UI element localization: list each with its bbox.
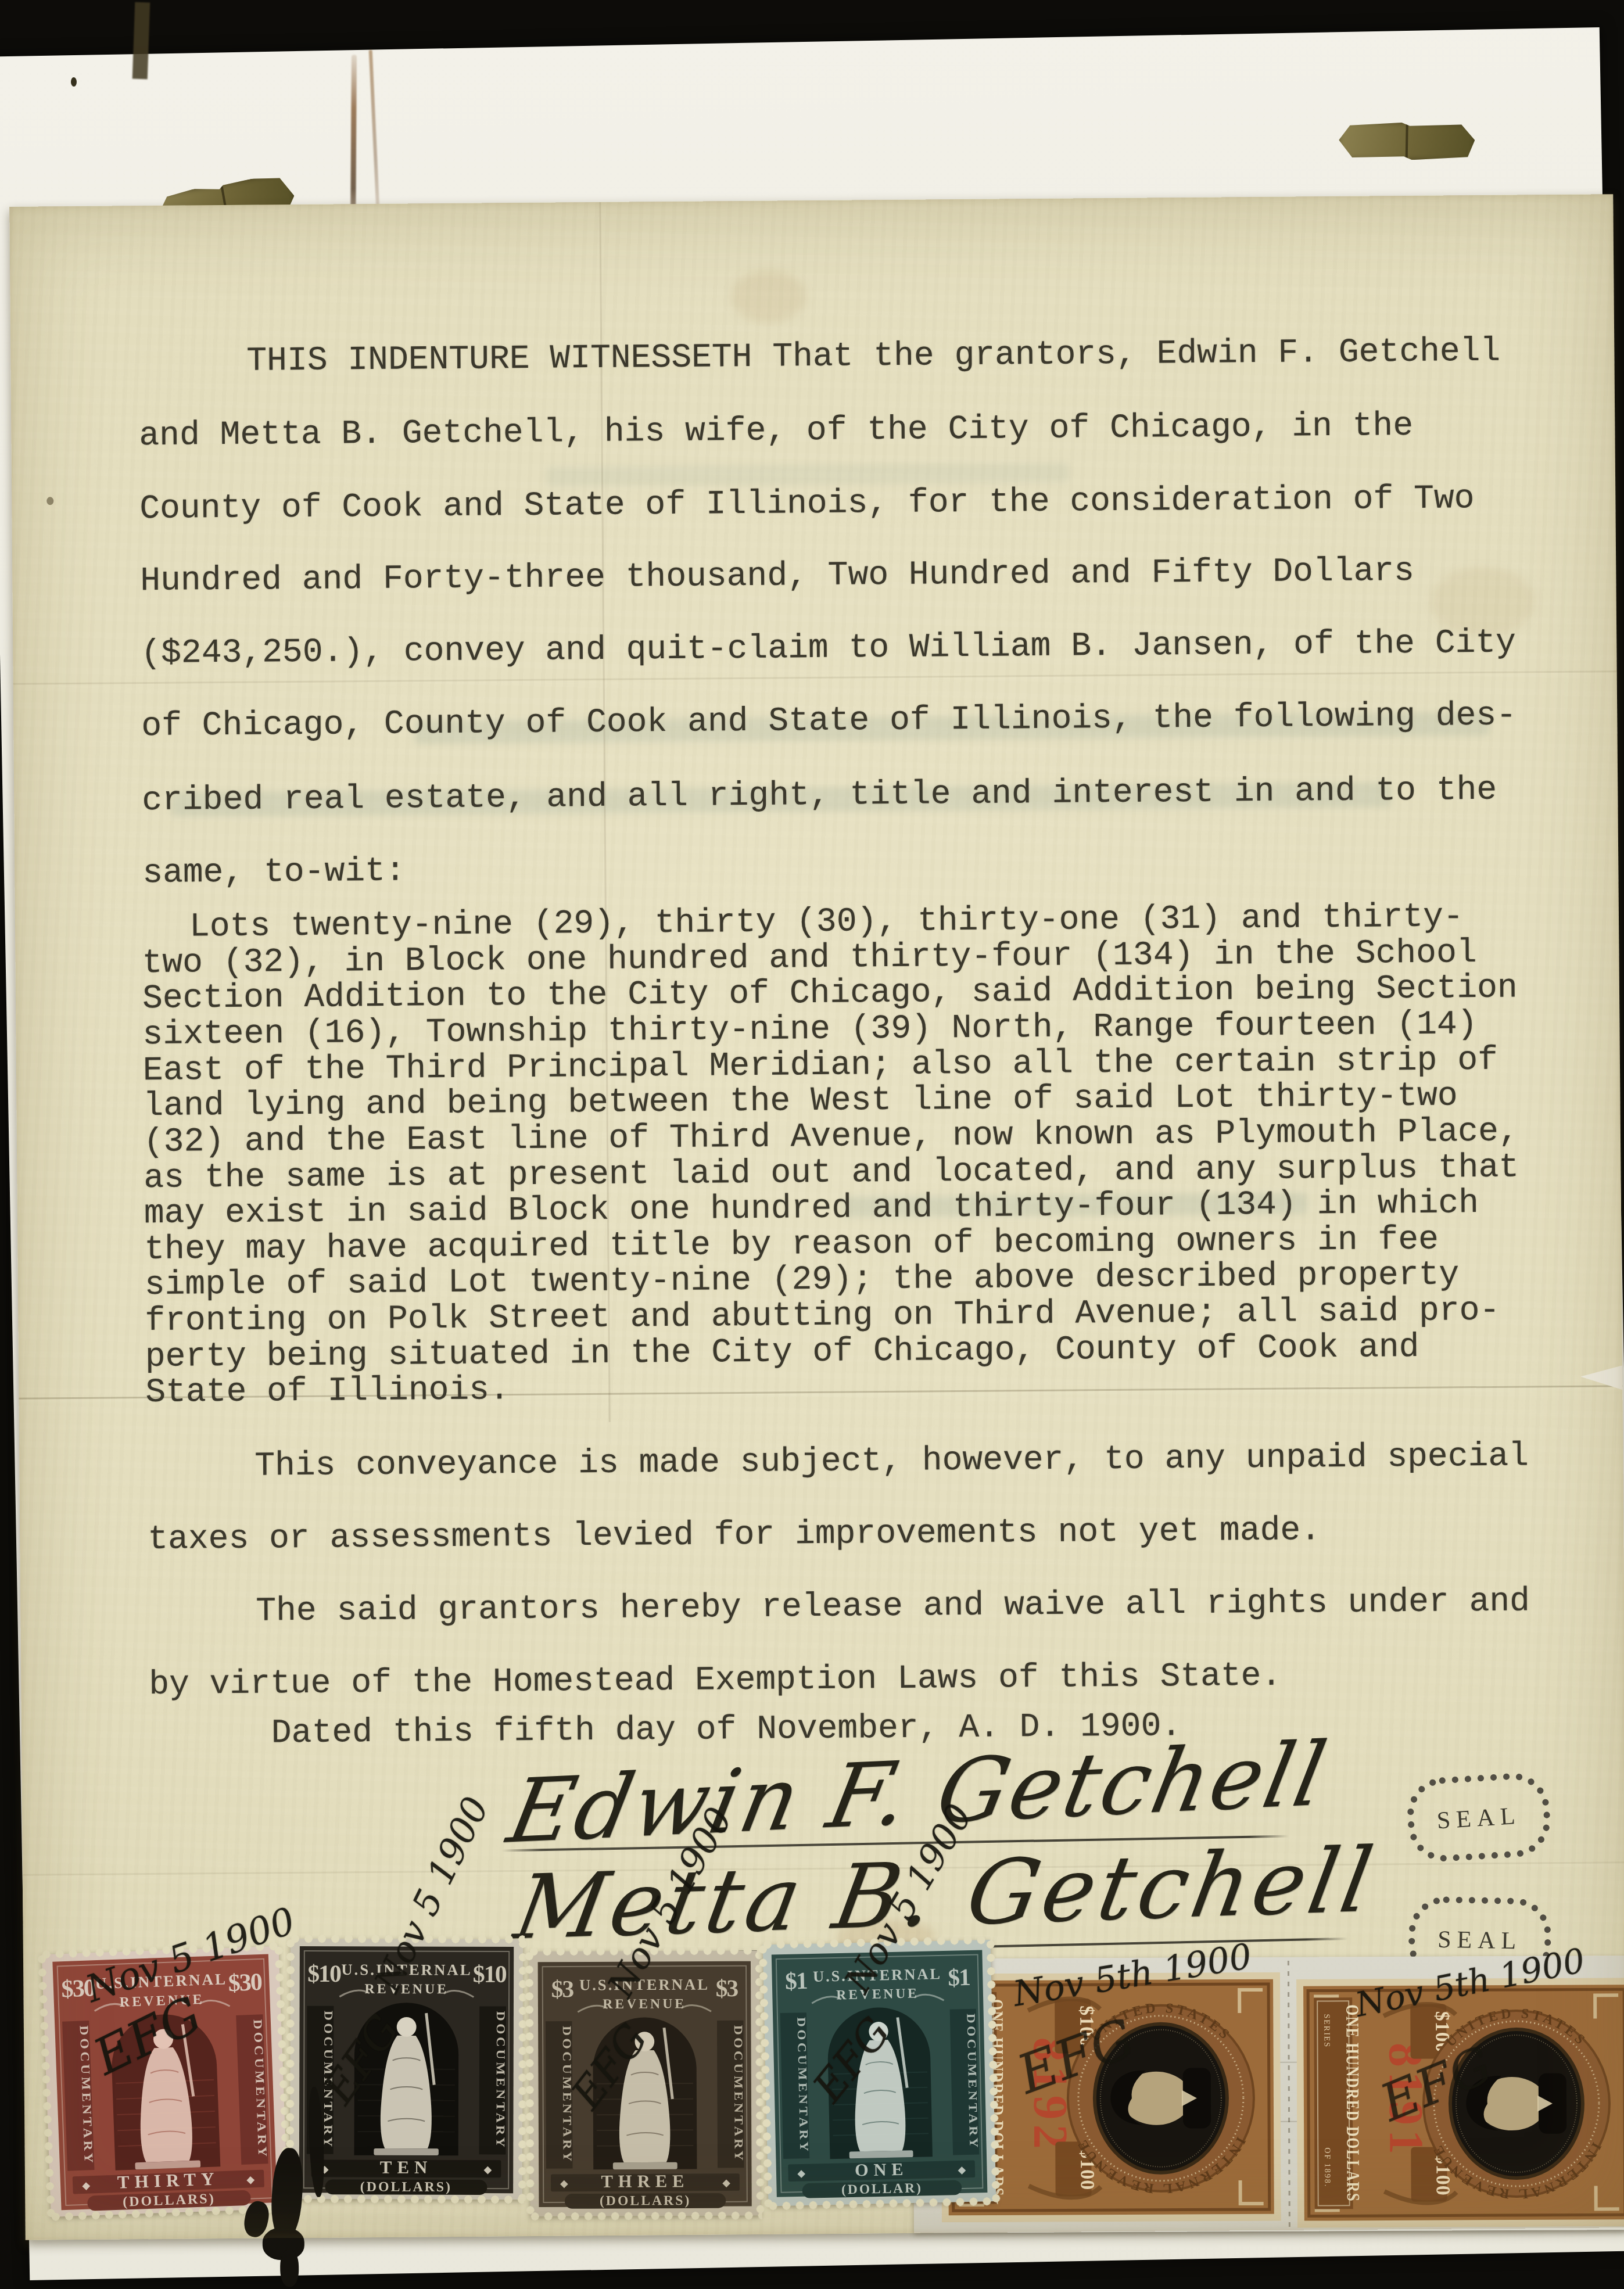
typed-line: by virtue of the Homestead Exemption Law…	[149, 1659, 1282, 1703]
stamp-value: $10	[473, 1961, 507, 1988]
svg-text:◆: ◆	[246, 2173, 255, 2185]
ghost-text-impression	[546, 463, 1069, 487]
stamp-value: $3	[551, 1975, 574, 2002]
stamp-denomination-unit: (DOLLARS)	[360, 2179, 452, 2194]
stamp-denomination-text: ONE HUNDRED DOLLARS	[1342, 2004, 1363, 2202]
stamp-agency-line: REVENUE	[603, 1996, 686, 2012]
ink-drip	[280, 2249, 299, 2278]
stamp-denomination-word: THIRTY	[117, 2168, 220, 2192]
stamp-value: $10	[307, 1961, 341, 1987]
seal-label: SEAL	[1437, 1926, 1522, 1955]
stamp-side-label: DOCUMENTARY	[493, 2011, 508, 2150]
stamp-value: $30	[228, 1968, 263, 1997]
stamp-series-text: SERIES	[1322, 2014, 1331, 2048]
revenue-stamp-100-dollar-8191: ONE HUNDRED DOLLARS SERIES OF 1898. 8191…	[1296, 1978, 1624, 2223]
svg-text:◆: ◆	[483, 2164, 492, 2175]
svg-text:◆: ◆	[560, 2177, 568, 2189]
typed-line: State of Illinois.	[145, 1373, 510, 1411]
brass-fastener-right	[1339, 121, 1475, 161]
deed-document: THIS INDENTURE WITNESSETH That the grant…	[9, 194, 1624, 2240]
svg-text:◆: ◆	[722, 2177, 730, 2188]
typed-line: ($243,250.), convey and quit-claim to Wi…	[141, 626, 1516, 672]
revenue-stamp-3-dollar: $3 $3 U.S.INTERNAL REVENUE DOCUMENTARY D…	[529, 1951, 761, 2217]
typed-line: and Metta B. Getchell, his wife, of the …	[139, 409, 1413, 454]
stamp-value: $1	[948, 1964, 970, 1991]
stain	[730, 270, 806, 323]
stamp-value: $1	[785, 1967, 808, 1994]
svg-text:◆: ◆	[82, 2179, 91, 2191]
stamp-denomination-unit: (DOLLARS)	[600, 2193, 691, 2209]
typed-line: THIS INDENTURE WITNESSETH That the grant…	[246, 335, 1500, 380]
typed-line: of Chicago, County of Cook and State of …	[141, 699, 1517, 745]
ink-speck	[46, 497, 53, 505]
stamp-denomination-unit: (DOLLAR)	[841, 2180, 923, 2197]
revenue-stamp-10-dollar: $10 $10 U.S.INTERNAL REVENUE DOCUMENTARY…	[290, 1939, 523, 2200]
scanned-deed-page: THIS INDENTURE WITNESSETH That the grant…	[0, 0, 1624, 2278]
stamp-denomination-word: THREE	[601, 2171, 689, 2191]
typed-line: Hundred and Forty-three thousand, Two Hu…	[140, 554, 1414, 600]
stamp-denomination-unit: (DOLLARS)	[123, 2191, 216, 2210]
fold-crease	[13, 670, 1617, 685]
stamp-value: $3	[716, 1975, 738, 2001]
svg-text:◆: ◆	[958, 2164, 966, 2175]
portrait-vignette	[1110, 2068, 1211, 2129]
torn-paper-strip	[132, 2, 150, 80]
stamp-perforation-line	[1288, 1961, 1290, 2228]
typed-line: taxes or assessments levied for improvem…	[148, 1513, 1321, 1558]
revenue-stamp-1-dollar: $1 $1 U.S.INTERNAL REVENUE DOCUMENTARY D…	[763, 1940, 996, 2206]
typed-line: The said grantors hereby release and wai…	[256, 1584, 1530, 1630]
svg-text:◆: ◆	[797, 2167, 805, 2179]
stamp-denomination-word: ONE	[855, 2159, 909, 2180]
stamp-denomination-word: TEN	[380, 2158, 432, 2177]
seal-mark-1: SEAL	[1401, 1767, 1557, 1867]
seal-label: SEAL	[1436, 1803, 1522, 1835]
typed-line: County of Cook and State of Illinois, fo…	[139, 482, 1475, 528]
typed-line: perty being situated in the City of Chic…	[145, 1330, 1419, 1376]
stamp-side-label: DOCUMENTARY	[732, 2025, 745, 2164]
stamp-series-text: OF 1898.	[1322, 2147, 1331, 2187]
typed-line: This conveyance is made subject, however…	[254, 1439, 1529, 1484]
hundred-dollar-stamp-pair: ONE HUNDRED DOLLARS SERIES OF 1898. 8192…	[913, 1956, 1624, 2233]
revenue-stamp-30-dollar: $30 $30 U.S.INTERNAL REVENUE DOCUMENTARY…	[42, 1946, 288, 2217]
paper-speck	[71, 77, 77, 87]
typed-line: same, to-wit:	[142, 855, 406, 892]
typed-line: cribed real estate, and all right, title…	[142, 773, 1497, 819]
